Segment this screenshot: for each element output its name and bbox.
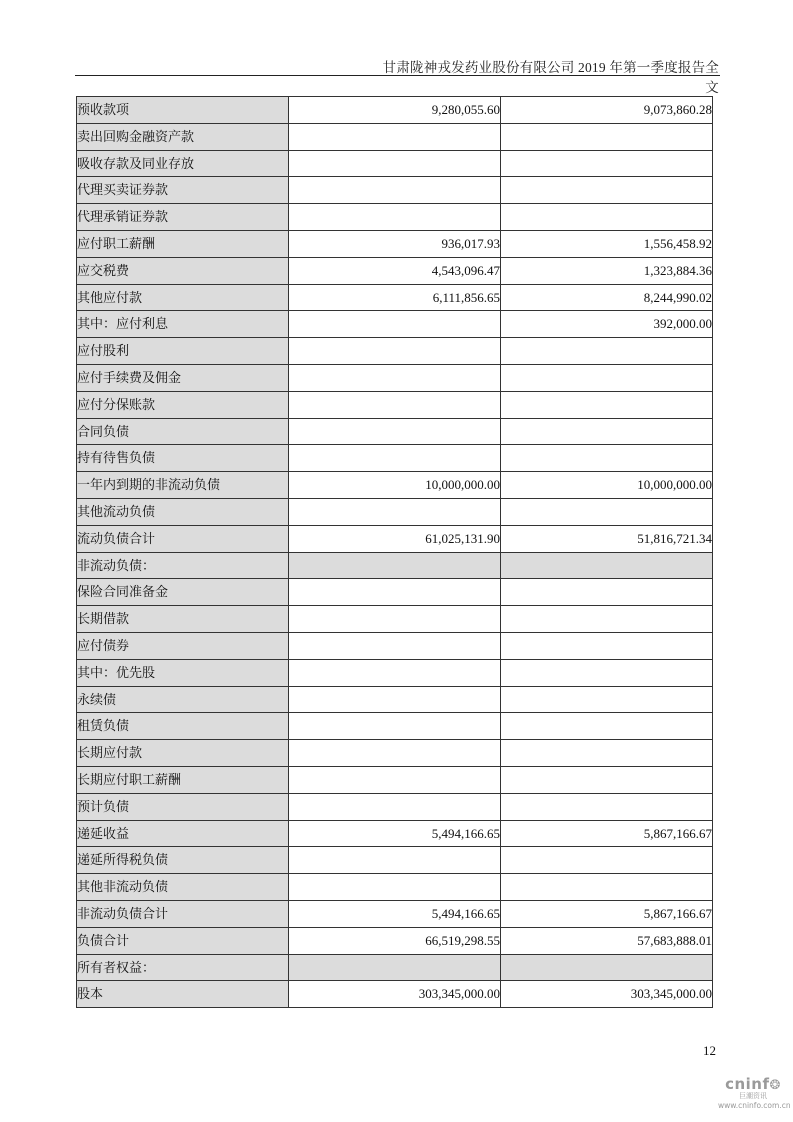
row-label: 流动负债合计 (77, 525, 289, 552)
year-start-value (501, 606, 713, 633)
year-start-value: 9,073,860.28 (501, 97, 713, 124)
period-end-value: 303,345,000.00 (289, 981, 501, 1008)
swirl-logo-icon: ❂ (770, 1078, 781, 1093)
table-row: 预计负债 (77, 793, 713, 820)
table-row: 合同负债 (77, 418, 713, 445)
period-end-value (289, 793, 501, 820)
period-end-value: 61,025,131.90 (289, 525, 501, 552)
row-label: 应交税费 (77, 257, 289, 284)
table-row: 预收款项9,280,055.609,073,860.28 (77, 97, 713, 124)
row-label: 一年内到期的非流动负债 (77, 472, 289, 499)
period-end-value (289, 740, 501, 767)
period-end-value: 4,543,096.47 (289, 257, 501, 284)
table-row: 其他流动负债 (77, 498, 713, 525)
table-row: 应付职工薪酬936,017.931,556,458.92 (77, 230, 713, 257)
table-row: 永续债 (77, 686, 713, 713)
row-label: 应付分保账款 (77, 391, 289, 418)
year-start-value: 8,244,990.02 (501, 284, 713, 311)
row-label: 长期应付职工薪酬 (77, 766, 289, 793)
period-end-value (289, 123, 501, 150)
period-end-value: 66,519,298.55 (289, 927, 501, 954)
table-row: 流动负债合计61,025,131.9051,816,721.34 (77, 525, 713, 552)
year-start-value: 57,683,888.01 (501, 927, 713, 954)
table-row: 应付债券 (77, 632, 713, 659)
year-start-value: 5,867,166.67 (501, 820, 713, 847)
row-label: 递延收益 (77, 820, 289, 847)
table-row: 其中：优先股 (77, 659, 713, 686)
table-row: 卖出回购金融资产款 (77, 123, 713, 150)
row-label: 吸收存款及同业存放 (77, 150, 289, 177)
period-end-value (289, 150, 501, 177)
row-label: 递延所得税负债 (77, 847, 289, 874)
year-start-value (501, 391, 713, 418)
year-start-value: 1,556,458.92 (501, 230, 713, 257)
period-end-value (289, 445, 501, 472)
year-start-value (501, 659, 713, 686)
year-start-value (501, 632, 713, 659)
row-label: 其他流动负债 (77, 498, 289, 525)
year-start-value (501, 418, 713, 445)
year-start-value (501, 740, 713, 767)
year-start-value: 5,867,166.67 (501, 900, 713, 927)
document-header-title: 甘肃陇神戎发药业股份有限公司 2019 年第一季度报告全文 (380, 56, 719, 96)
row-label: 其他应付款 (77, 284, 289, 311)
period-end-value (289, 498, 501, 525)
year-start-value (501, 150, 713, 177)
header-divider (75, 75, 720, 76)
year-start-value (501, 338, 713, 365)
row-label: 股本 (77, 981, 289, 1008)
table-row: 应付手续费及佣金 (77, 364, 713, 391)
table-row: 应付股利 (77, 338, 713, 365)
table-row: 持有待售负债 (77, 445, 713, 472)
table-row: 递延收益5,494,166.655,867,166.67 (77, 820, 713, 847)
balance-sheet-table: 预收款项9,280,055.609,073,860.28卖出回购金融资产款吸收存… (76, 96, 713, 1008)
row-label: 卖出回购金融资产款 (77, 123, 289, 150)
row-label: 非流动负债合计 (77, 900, 289, 927)
table-row: 其他应付款6,111,856.658,244,990.02 (77, 284, 713, 311)
period-end-value (289, 177, 501, 204)
table-row: 租赁负债 (77, 713, 713, 740)
row-label: 所有者权益： (77, 954, 289, 981)
year-start-value: 10,000,000.00 (501, 472, 713, 499)
table-row: 非流动负债： (77, 552, 713, 579)
cninfo-watermark-logo: cninf❂ 巨潮资讯 www.cninfo.com.cn (718, 1075, 788, 1110)
year-start-value (501, 847, 713, 874)
period-end-value (289, 579, 501, 606)
year-start-value (501, 686, 713, 713)
period-end-value (289, 632, 501, 659)
year-start-value (501, 364, 713, 391)
row-label: 代理买卖证券款 (77, 177, 289, 204)
year-start-value (501, 445, 713, 472)
table-row: 一年内到期的非流动负债10,000,000.0010,000,000.00 (77, 472, 713, 499)
row-label: 预收款项 (77, 97, 289, 124)
row-label: 永续债 (77, 686, 289, 713)
table-row: 吸收存款及同业存放 (77, 150, 713, 177)
table-row: 非流动负债合计5,494,166.655,867,166.67 (77, 900, 713, 927)
period-end-value: 936,017.93 (289, 230, 501, 257)
period-end-value (289, 686, 501, 713)
year-start-value (501, 766, 713, 793)
year-start-value (501, 204, 713, 231)
table-row: 其他非流动负债 (77, 874, 713, 901)
row-label: 负债合计 (77, 927, 289, 954)
row-label: 长期应付款 (77, 740, 289, 767)
year-start-value (501, 874, 713, 901)
row-label: 非流动负债： (77, 552, 289, 579)
row-label: 应付手续费及佣金 (77, 364, 289, 391)
period-end-value (289, 659, 501, 686)
year-start-value (501, 713, 713, 740)
year-start-value: 303,345,000.00 (501, 981, 713, 1008)
table-row: 股本303,345,000.00303,345,000.00 (77, 981, 713, 1008)
year-start-value (501, 177, 713, 204)
year-start-value (501, 793, 713, 820)
year-start-value (501, 552, 713, 579)
row-label: 预计负债 (77, 793, 289, 820)
year-start-value (501, 954, 713, 981)
period-end-value (289, 364, 501, 391)
table-row: 长期应付款 (77, 740, 713, 767)
period-end-value (289, 847, 501, 874)
row-label: 应付股利 (77, 338, 289, 365)
period-end-value (289, 766, 501, 793)
row-label: 其他非流动负债 (77, 874, 289, 901)
year-start-value: 51,816,721.34 (501, 525, 713, 552)
period-end-value: 6,111,856.65 (289, 284, 501, 311)
watermark-url: www.cninfo.com.cn (718, 1101, 788, 1110)
row-label: 长期借款 (77, 606, 289, 633)
page-number: 12 (703, 1043, 716, 1059)
row-label: 其中：应付利息 (77, 311, 289, 338)
period-end-value (289, 606, 501, 633)
period-end-value (289, 391, 501, 418)
period-end-value (289, 204, 501, 231)
table-row: 其中：应付利息392,000.00 (77, 311, 713, 338)
table-row: 长期借款 (77, 606, 713, 633)
period-end-value (289, 874, 501, 901)
table-row: 递延所得税负债 (77, 847, 713, 874)
period-end-value (289, 954, 501, 981)
period-end-value: 10,000,000.00 (289, 472, 501, 499)
table-row: 应付分保账款 (77, 391, 713, 418)
period-end-value (289, 552, 501, 579)
year-start-value: 392,000.00 (501, 311, 713, 338)
year-start-value: 1,323,884.36 (501, 257, 713, 284)
table-row: 保险合同准备金 (77, 579, 713, 606)
table-row: 应交税费4,543,096.471,323,884.36 (77, 257, 713, 284)
period-end-value: 5,494,166.65 (289, 900, 501, 927)
year-start-value (501, 123, 713, 150)
row-label: 其中：优先股 (77, 659, 289, 686)
period-end-value: 5,494,166.65 (289, 820, 501, 847)
period-end-value (289, 338, 501, 365)
row-label: 应付职工薪酬 (77, 230, 289, 257)
row-label: 持有待售负债 (77, 445, 289, 472)
period-end-value (289, 713, 501, 740)
period-end-value: 9,280,055.60 (289, 97, 501, 124)
row-label: 租赁负债 (77, 713, 289, 740)
period-end-value (289, 418, 501, 445)
row-label: 应付债券 (77, 632, 289, 659)
row-label: 代理承销证券款 (77, 204, 289, 231)
year-start-value (501, 498, 713, 525)
row-label: 保险合同准备金 (77, 579, 289, 606)
table-row: 代理承销证券款 (77, 204, 713, 231)
period-end-value (289, 311, 501, 338)
year-start-value (501, 579, 713, 606)
row-label: 合同负债 (77, 418, 289, 445)
table-row: 代理买卖证券款 (77, 177, 713, 204)
table-row: 负债合计66,519,298.5557,683,888.01 (77, 927, 713, 954)
table-row: 所有者权益： (77, 954, 713, 981)
table-row: 长期应付职工薪酬 (77, 766, 713, 793)
